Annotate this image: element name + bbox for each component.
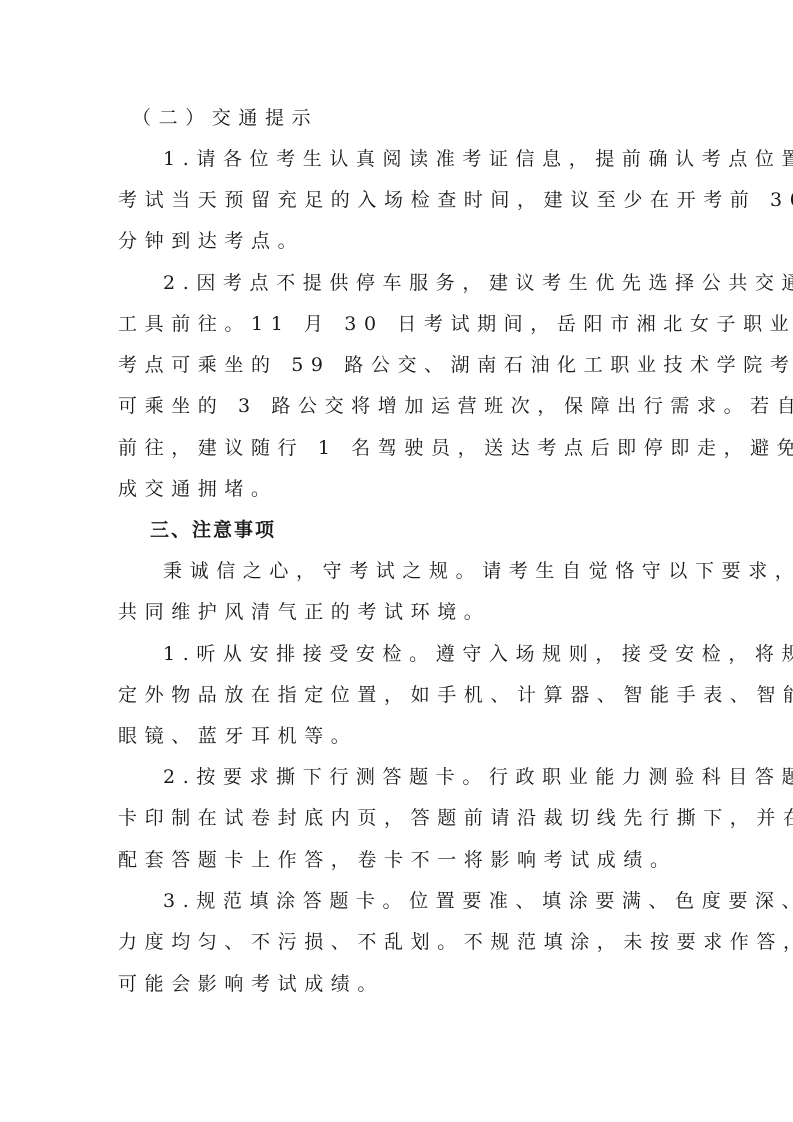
paragraph-line: 2.因考点不提供停车服务，建议考生优先选择公共交通 [163, 271, 793, 295]
paragraph-line: 考试当天预留充足的入场检查时间，建议至少在开考前 30 [118, 188, 793, 212]
paragraph-line: 秉诚信之心，守考试之规。请考生自觉恪守以下要求， [163, 559, 793, 583]
paragraph-line: 前往，建议随行 1 名驾驶员，送达考点后即停即走，避免造 [118, 436, 793, 460]
paragraph-line: 配套答题卡上作答，卷卡不一将影响考试成绩。 [118, 848, 677, 872]
paragraph-line: 1.听从安排接受安检。遵守入场规则，接受安检，将规 [163, 642, 793, 666]
paragraph-line: 工具前往。11 月 30 日考试期间，岳阳市湘北女子职业学校 [118, 312, 793, 336]
paragraph-line: 眼镜、蓝牙耳机等。 [118, 724, 357, 748]
paragraph-line: 3.规范填涂答题卡。位置要准、填涂要满、色度要深、 [163, 889, 793, 913]
paragraph-line: 力度均匀、不污损、不乱划。不规范填涂，未按要求作答， [118, 930, 793, 954]
section-heading-traffic: （二）交通提示 [132, 106, 318, 130]
section-heading-notes: 三、注意事项 [150, 518, 276, 542]
paragraph-line: 可能会影响考试成绩。 [118, 972, 384, 996]
paragraph-line: 卡印制在试卷封底内页，答题前请沿裁切线先行撕下，并在 [118, 806, 793, 830]
paragraph-line: 1.请各位考生认真阅读准考证信息，提前确认考点位置， [163, 147, 793, 171]
paragraph-line: 可乘坐的 3 路公交将增加运营班次，保障出行需求。若自驾 [118, 394, 793, 418]
document-page: （二）交通提示 1.请各位考生认真阅读准考证信息，提前确认考点位置， 考试当天预… [0, 0, 793, 1122]
paragraph-line: 成交通拥堵。 [118, 477, 278, 501]
paragraph-line: 共同维护风清气正的考试环境。 [118, 600, 490, 624]
paragraph-line: 分钟到达考点。 [118, 229, 304, 253]
paragraph-line: 考点可乘坐的 59 路公交、湖南石油化工职业技术学院考点 [118, 353, 793, 377]
paragraph-line: 2.按要求撕下行测答题卡。行政职业能力测验科目答题 [163, 765, 793, 789]
paragraph-line: 定外物品放在指定位置，如手机、计算器、智能手表、智能 [118, 683, 793, 707]
